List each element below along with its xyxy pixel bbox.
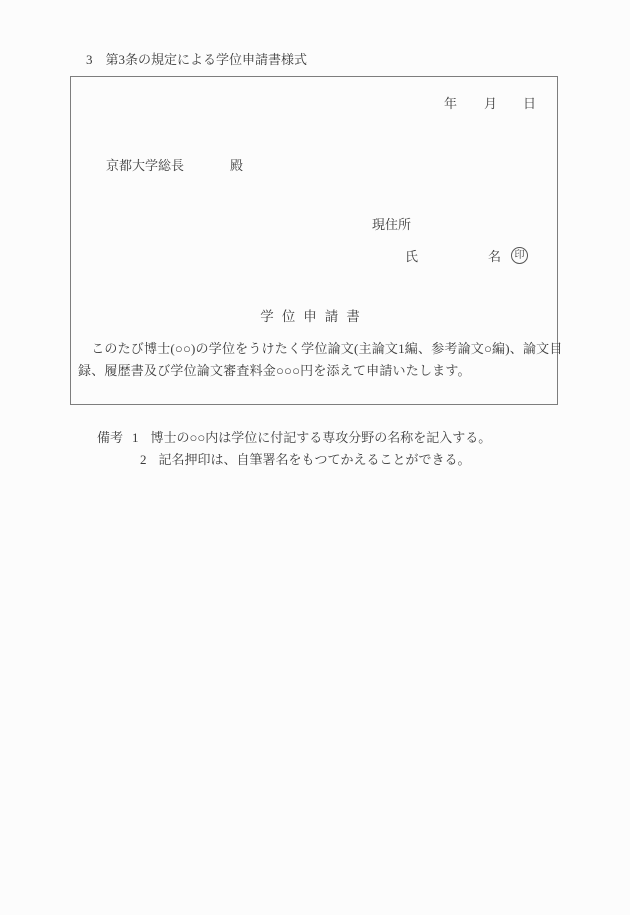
remarks-label: 備考 bbox=[97, 430, 123, 445]
addressee-name: 京都大学総長 bbox=[106, 158, 184, 174]
document-page: 3 第3条の規定による学位申請書様式 年 月 日 京都大学総長 殿 現住所 氏 … bbox=[0, 0, 630, 915]
form-body-paragraph: このたび博士(○○)の学位をうけたく学位論文(主論文1編、参考論文○編)、論文目… bbox=[78, 338, 554, 382]
seal-character: 印 bbox=[512, 248, 527, 263]
form-title: 学位申請書 bbox=[71, 309, 557, 325]
remarks-line-2: 2記名押印は、自筆署名をもつてかえることができる。 bbox=[127, 436, 471, 484]
section-heading: 3 第3条の規定による学位申請書様式 bbox=[86, 52, 307, 68]
application-form-box: 年 月 日 京都大学総長 殿 現住所 氏 名 印 学位申請書 このたび博士(○○… bbox=[70, 76, 558, 405]
name-label-last: 名 bbox=[488, 249, 501, 265]
remark-text: 記名押印は、自筆署名をもつてかえることができる。 bbox=[159, 452, 471, 467]
seal-stamp-icon: 印 bbox=[511, 247, 528, 264]
name-label-first: 氏 bbox=[405, 249, 418, 265]
body-line: このたび博士(○○)の学位をうけたく学位論文(主論文1編、参考論文○編)、論文目 bbox=[78, 338, 554, 360]
remark-number: 2 bbox=[140, 452, 147, 467]
date-month-label: 月 bbox=[484, 96, 497, 112]
date-day-label: 日 bbox=[523, 96, 536, 112]
current-address-label: 現住所 bbox=[372, 217, 411, 233]
addressee-honorific: 殿 bbox=[230, 158, 243, 174]
body-line: 録、履歴書及び学位論文審査料金○○○円を添えて申請いたします。 bbox=[78, 360, 554, 382]
date-year-label: 年 bbox=[444, 96, 457, 112]
